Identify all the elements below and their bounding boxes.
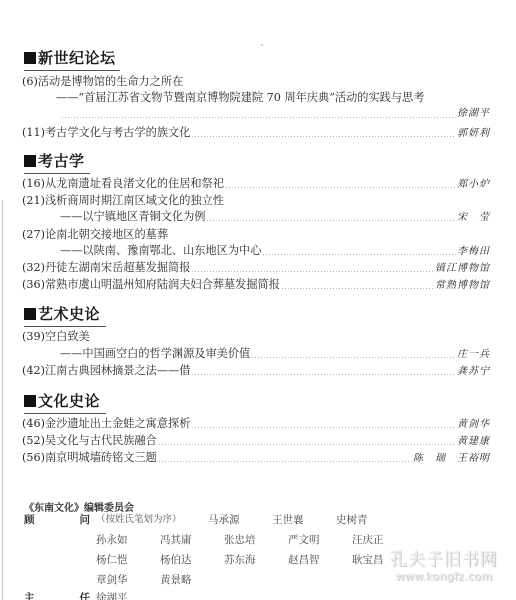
watermark: 孔夫子旧书网 www.kongfz.com [390,545,498,583]
leader-dots [158,444,456,445]
member-name: 严文明 [288,530,352,550]
member-name: 冯其庸 [160,530,224,550]
member-name: 苏东海 [224,550,288,570]
toc-entry[interactable]: (52)吴文化与古代民族融合 黄建康 [22,433,490,449]
leader-dots [61,117,456,118]
page-edge-rule [2,200,3,600]
toc-entry[interactable]: (39)空白致美 [22,329,490,345]
toc-entry-author-line[interactable]: 徐湖平 [60,106,490,122]
role-label-advisors: 顾 问 [24,510,90,530]
leader-dots [191,136,456,137]
toc-entry[interactable]: (6)活动是博物馆的生命力之所在 [22,74,490,90]
square-bullet-icon [24,395,36,407]
leader-dots [225,187,456,188]
leader-dots [191,374,456,375]
member-name: 王世襄 [272,510,336,530]
leader-dots [158,461,412,462]
member-name: 赵昌智 [288,550,352,570]
toc-entry[interactable]: (11)考古学文化与考古学的族文化 郭妍利 [22,125,490,141]
toc-entry[interactable]: (32)丹徒左湖南宋岳超墓发掘简报 镇江博物馆 [22,260,490,276]
section-heading-cultural-history: 文化史论 [24,390,100,411]
section-heading-archaeology: 考古学 [24,150,85,171]
heading-underline [24,326,106,327]
member-name: 马承源 [208,510,272,530]
member-name: 杨仁恺 [96,550,160,570]
heading-underline [24,173,90,174]
member-name: 杨伯达 [160,550,224,570]
heading-underline [24,413,106,414]
leader-dots [191,271,434,272]
leader-dots [191,427,456,428]
ordering-note: （按姓氏笔划为序） [96,510,208,530]
section-heading-new-century-forum: 新世纪论坛 [24,47,116,68]
square-bullet-icon [24,308,36,320]
heading-underline [24,70,120,71]
toc-entry[interactable]: (21)浅析商周时期江南区域文化的独立性 [22,193,490,209]
member-name: 孙永如 [96,530,160,550]
toc-entry[interactable]: (42)江南古典园林摘景之法——借 龚苏宁 [22,363,490,379]
toc-entry-subtitle[interactable]: ——以宁镇地区青铜文化为例 宋 莹 [60,209,490,225]
leader-dots [251,357,456,358]
toc-entry-subtitle[interactable]: ——以陕南、豫南鄂北、山东地区为中心 李梅田 [60,243,490,259]
member-name: 黄景略 [160,570,224,590]
leader-dots [262,254,456,255]
scan-speck [261,44,263,46]
toc-entry[interactable]: (46)金沙遗址出土金蛙之寓意探析 黄剑华 [22,416,490,432]
toc-entry-subtitle[interactable]: ——中国画空白的哲学渊源及审美价值 庄一兵 [60,346,490,362]
leader-dots [281,288,434,289]
toc-entry[interactable]: (27)论南北朝交接地区的墓葬 [22,227,490,243]
toc-entry[interactable]: (16)从龙南遗址看良渚文化的住居和祭祀 郑小炉 [22,176,490,192]
toc-entry-subtitle[interactable]: ——“首届江苏省文物节暨南京博物院建院 70 周年庆典”活动的实践与思考 [56,90,486,106]
member-name: 徐湖平 [96,588,160,600]
section-heading-art-history: 艺术史论 [24,303,100,324]
toc-entry[interactable]: (36)常熟市虞山明温州知府陆润夫妇合葬墓发掘简报 常熟博物馆 [22,277,490,293]
role-label-director: 主 任 [24,588,90,600]
member-name: 张忠培 [224,530,288,550]
toc-entry[interactable]: (56)南京明城墙砖铭文三题 陈 瑞 王裕明 [22,450,490,466]
square-bullet-icon [24,155,36,167]
square-bullet-icon [24,52,36,64]
member-name: 章剑华 [96,570,160,590]
member-name: 史树青 [336,510,400,530]
leader-dots [206,220,456,221]
